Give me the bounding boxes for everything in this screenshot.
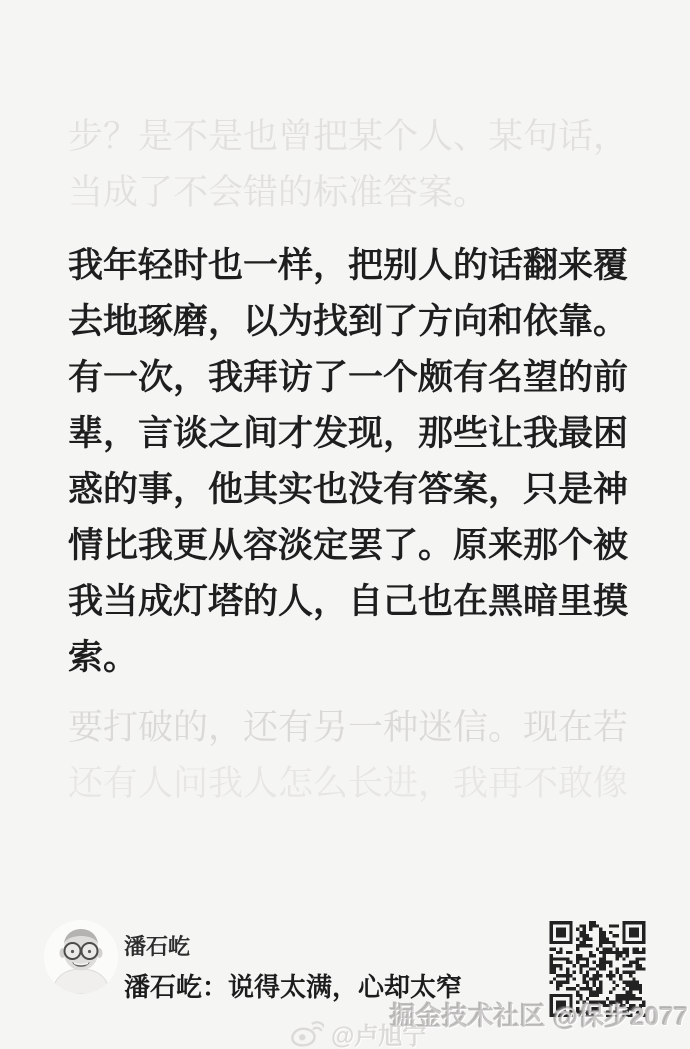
article-body: 步？是不是也曾把某个人、某句话， 当成了不会错的标准答案。 我年轻时也一样，把别… [68,109,628,812]
author-portrait-image [44,920,118,994]
avatar [44,920,118,994]
paragraph-context-after: 要打破的，还有另一种迷信。现在若 还有人问我人怎么长进，我再不敢像 [68,700,628,812]
faded-text-line: 步？是不是也曾把某个人、某句话， [68,109,628,165]
paragraph-line: 有一次，我拜访了一个颇有名望的前 [68,350,628,406]
paragraph-line: 惑的事，他其实也没有答案，只是神 [68,462,628,518]
paragraph-line: 我当成灯塔的人，自己也在黑暗里摸 [68,574,628,630]
paragraph-line: 情比我更从容淡定罢了。原来那个被 [68,518,628,574]
watermark-weibo-handle: @卢旭宁 [331,1016,426,1049]
paragraph-line: 索。 [68,630,628,686]
weibo-icon [290,1020,324,1047]
paragraph-line: 我年轻时也一样，把别人的话翻来覆 [68,238,628,294]
paragraph-context-before: 步？是不是也曾把某个人、某句话， 当成了不会错的标准答案。 [68,109,628,221]
faded-text-line: 当成了不会错的标准答案。 [68,165,628,221]
paragraph-line: 去地琢磨，以为找到了方向和依靠。 [68,294,628,350]
paragraph-line: 辈，言谈之间才发现，那些让我最困 [68,406,628,462]
faded-text-line: 要打破的，还有另一种迷信。现在若 [68,700,628,756]
faded-text-line: 还有人问我人怎么长进，我再不敢像 [68,756,628,812]
author-name: 潘石屹 [124,932,462,962]
watermark-juejin: 掘金技术社区 @保步2077 [390,996,688,1033]
watermark-weibo: @卢旭宁 [290,1016,426,1049]
paragraph-highlighted: 我年轻时也一样，把别人的话翻来覆 去地琢磨，以为找到了方向和依靠。 有一次，我拜… [68,238,628,686]
author-footer: 潘石屹 潘石屹：说得太满，心却太窄 掘金技术社区 @保步2077 @卢旭宁 [0,915,690,1049]
